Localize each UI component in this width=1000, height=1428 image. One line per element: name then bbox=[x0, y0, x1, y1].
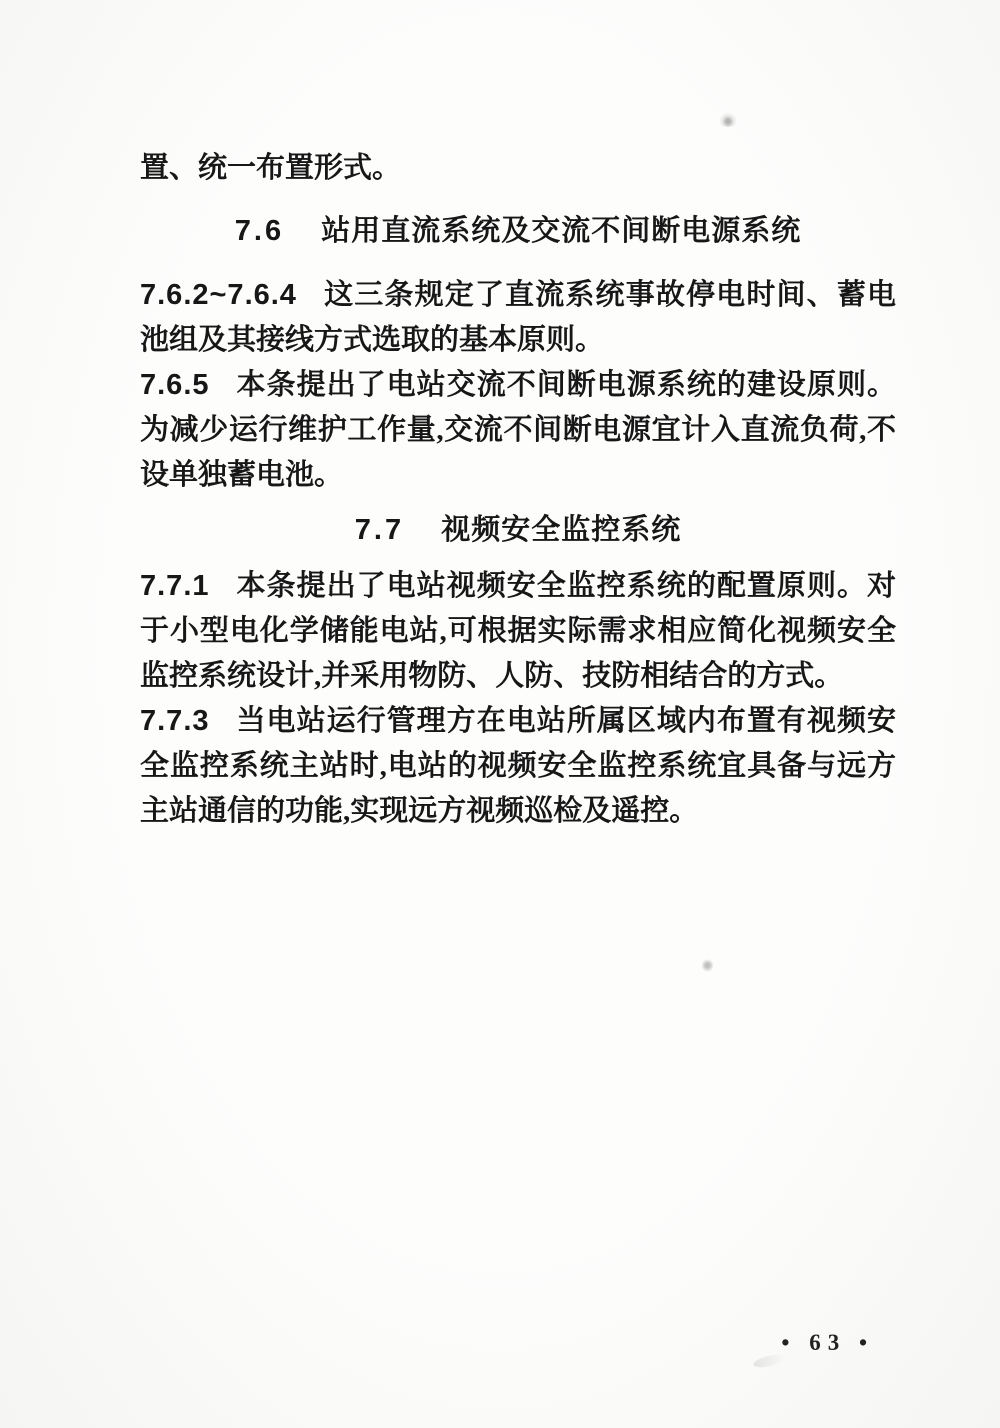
clause-number: 7.7.1 bbox=[140, 570, 210, 602]
section-title: 视频安全监控系统 bbox=[441, 514, 681, 546]
section-title: 站用直流系统及交流不间断电源系统 bbox=[321, 215, 801, 247]
scan-artifact bbox=[702, 958, 713, 973]
clause-paragraph-7-6-5: 7.6.5本条提出了电站交流不间断电源系统的建设原则。为减少运行维护工作量,交流… bbox=[140, 363, 896, 498]
clause-paragraph-7-6-2: 7.6.2~7.6.4这三条规定了直流系统事故停电时间、蓄电池组及其接线方式选取… bbox=[140, 273, 896, 363]
text-block: 置、统一布置形式。 7.6 站用直流系统及交流不间断电源系统 7.6.2~7.6… bbox=[140, 146, 896, 834]
clause-text: 本条提出了电站视频安全监控系统的配置原则。对于小型电化学储能电站,可根据实际需求… bbox=[140, 570, 896, 692]
continued-paragraph: 置、统一布置形式。 bbox=[140, 146, 896, 191]
section-number: 7.7 bbox=[355, 514, 404, 546]
clause-text: 当电站运行管理方在电站所属区域内布置有视频安全监控系统主站时,电站的视频安全监控… bbox=[140, 705, 896, 827]
scan-artifact bbox=[719, 113, 737, 127]
section-number: 7.6 bbox=[235, 215, 284, 247]
section-heading-7-6: 7.6 站用直流系统及交流不间断电源系统 bbox=[140, 209, 896, 254]
clause-paragraph-7-7-1: 7.7.1本条提出了电站视频安全监控系统的配置原则。对于小型电化学储能电站,可根… bbox=[140, 564, 896, 699]
section-heading-7-7: 7.7 视频安全监控系统 bbox=[140, 508, 896, 553]
clause-number: 7.6.5 bbox=[140, 369, 210, 401]
clause-number: 7.7.3 bbox=[140, 705, 210, 737]
scanned-document-page: 置、统一布置形式。 7.6 站用直流系统及交流不间断电源系统 7.6.2~7.6… bbox=[0, 0, 1000, 1428]
clause-number: 7.6.2~7.6.4 bbox=[140, 279, 297, 311]
page-number: • 63 • bbox=[781, 1330, 874, 1356]
clause-text: 本条提出了电站交流不间断电源系统的建设原则。为减少运行维护工作量,交流不间断电源… bbox=[140, 369, 896, 491]
continued-paragraph-text: 置、统一布置形式。 bbox=[140, 152, 401, 184]
clause-paragraph-7-7-3: 7.7.3当电站运行管理方在电站所属区域内布置有视频安全监控系统主站时,电站的视… bbox=[140, 699, 896, 834]
